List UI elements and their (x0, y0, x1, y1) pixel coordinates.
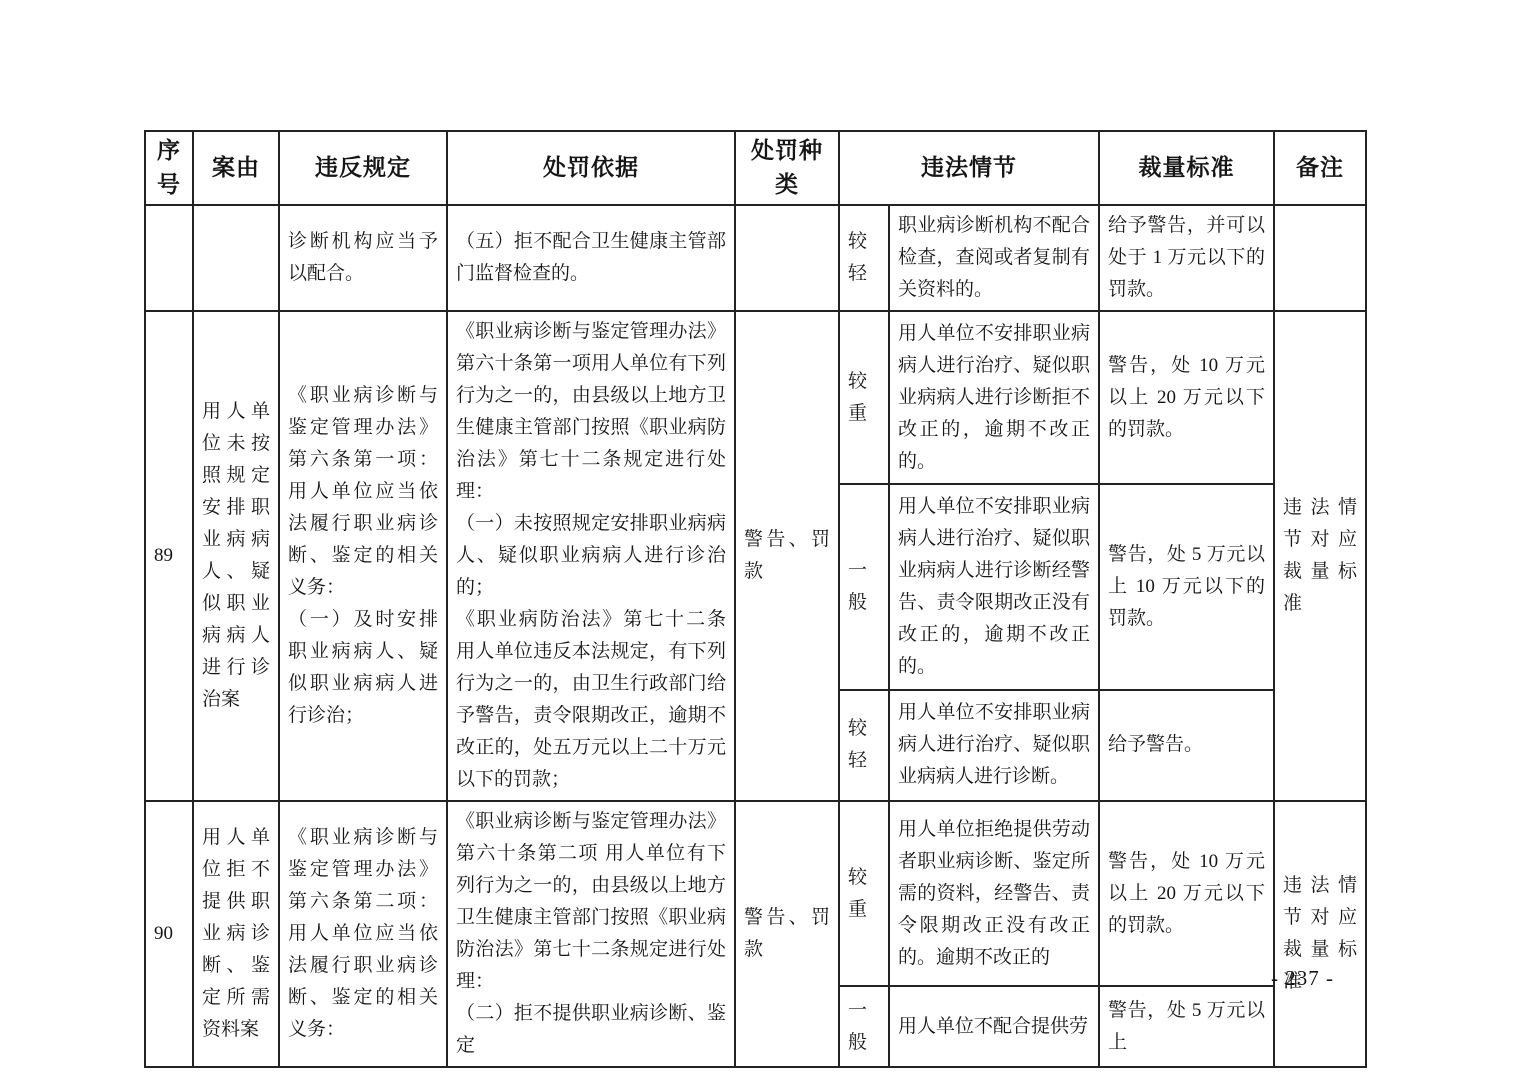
circumstance-cell: 用人单位不安排职业病病人进行治疗、疑似职业病病人进行诊断经警告、责令限期改正没有… (889, 484, 1099, 690)
col-header-circumstance: 违法情节 (839, 131, 1099, 205)
col-header-remark: 备注 (1274, 131, 1366, 205)
document-page: 序号 案由 违反规定 处罚依据 处罚种类 违法情节 裁量标准 备注 诊断机构应当… (0, 0, 1520, 1074)
cause-cell: 用人单位未按照规定安排职业病病人、疑似职业病病人进行诊治案 (193, 311, 279, 801)
remark-cell: 违法情节对应裁量标准 (1274, 801, 1366, 1067)
severity-cell: 较重 (839, 311, 889, 484)
severity-cell: 较重 (839, 801, 889, 986)
circumstance-cell: 用人单位拒绝提供劳动者职业病诊断、鉴定所需的资料，经警告、责令限期改正没有改正的… (889, 801, 1099, 986)
table-row-89-severe: 89 用人单位未按照规定安排职业病病人、疑似职业病病人进行诊治案 《职业病诊断与… (145, 311, 1366, 484)
circumstance-cell: 用人单位不安排职业病病人进行治疗、疑似职业病病人进行诊断。 (889, 690, 1099, 801)
rule-cell: 诊断机构应当予以配合。 (279, 205, 447, 311)
standard-cell: 警告，处 10 万元以上 20 万元以下的罚款。 (1099, 801, 1274, 986)
col-header-basis: 处罚依据 (447, 131, 735, 205)
basis-cell: （五）拒不配合卫生健康主管部门监督检查的。 (447, 205, 735, 311)
standard-cell: 给予警告，并可以处于 1 万元以下的罚款。 (1099, 205, 1274, 311)
penalty-discretion-table: 序号 案由 违反规定 处罚依据 处罚种类 违法情节 裁量标准 备注 诊断机构应当… (144, 130, 1367, 1068)
remark-cell (1274, 205, 1366, 311)
circumstance-cell: 用人单位不配合提供劳 (889, 986, 1099, 1067)
severity-cell: 一般 (839, 986, 889, 1067)
basis-cell: 《职业病诊断与鉴定管理办法》第六十条第一项用人单位有下列行为之一的，由县级以上地… (447, 311, 735, 801)
col-header-no: 序号 (145, 131, 193, 205)
severity-cell: 一般 (839, 484, 889, 690)
rule-cell: 《职业病诊断与鉴定管理办法》第六条第二项： 用人单位应当依法履行职业病诊断、鉴定… (279, 801, 447, 1067)
table-row-continuation: 诊断机构应当予以配合。 （五）拒不配合卫生健康主管部门监督检查的。 较轻 职业病… (145, 205, 1366, 311)
penalty-type-cell: 警告、罚款 (735, 801, 839, 1067)
rule-cell: 《职业病诊断与鉴定管理办法》第六条第一项： 用人单位应当依法履行职业病诊断、鉴定… (279, 311, 447, 801)
cause-cell: 用人单位拒不提供职业病诊断、鉴定所需资料案 (193, 801, 279, 1067)
standard-cell: 警告，处 5 万元以上 (1099, 986, 1274, 1067)
col-header-rule: 违反规定 (279, 131, 447, 205)
penalty-type-cell (735, 205, 839, 311)
cause-cell (193, 205, 279, 311)
col-header-type: 处罚种类 (735, 131, 839, 205)
standard-cell: 给予警告。 (1099, 690, 1274, 801)
severity-cell: 较轻 (839, 205, 889, 311)
penalty-type-cell: 警告、罚款 (735, 311, 839, 801)
circumstance-cell: 职业病诊断机构不配合检查，查阅或者复制有关资料的。 (889, 205, 1099, 311)
standard-cell: 警告，处 10 万元以上 20 万元以下的罚款。 (1099, 311, 1274, 484)
basis-cell: 《职业病诊断与鉴定管理办法》第六十条第二项 用人单位有下列行为之一的，由县级以上… (447, 801, 735, 1067)
case-no-cell: 89 (145, 311, 193, 801)
table-header-row: 序号 案由 违反规定 处罚依据 处罚种类 违法情节 裁量标准 备注 (145, 131, 1366, 205)
circumstance-cell: 用人单位不安排职业病病人进行治疗、疑似职业病病人进行诊断拒不改正的，逾期不改正的… (889, 311, 1099, 484)
standard-cell: 警告，处 5 万元以上 10 万元以下的罚款。 (1099, 484, 1274, 690)
page-number: - 237 - (1240, 966, 1365, 991)
case-no-cell (145, 205, 193, 311)
table-row-90-severe: 90 用人单位拒不提供职业病诊断、鉴定所需资料案 《职业病诊断与鉴定管理办法》第… (145, 801, 1366, 986)
col-header-cause: 案由 (193, 131, 279, 205)
severity-cell: 较轻 (839, 690, 889, 801)
case-no-cell: 90 (145, 801, 193, 1067)
col-header-standard: 裁量标准 (1099, 131, 1274, 205)
remark-cell: 违法情节对应裁量标准 (1274, 311, 1366, 801)
